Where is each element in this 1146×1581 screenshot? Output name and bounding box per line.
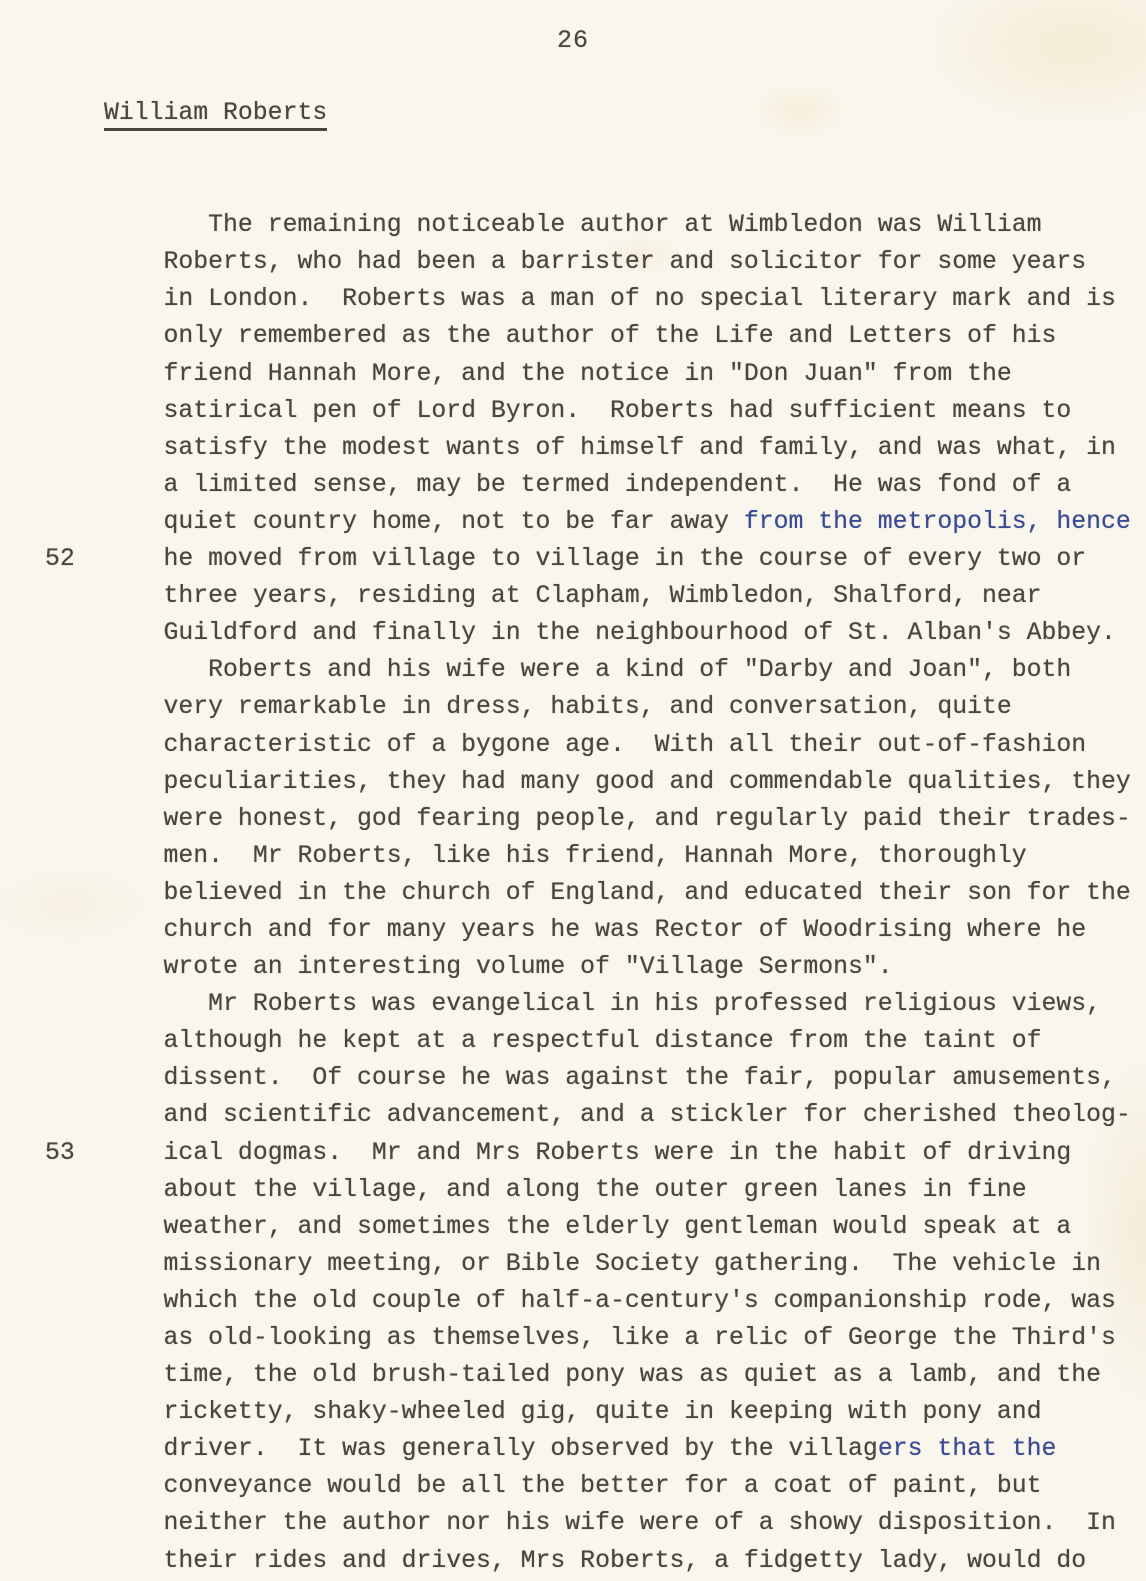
document-page: 26 William Roberts The remaining noticea… xyxy=(0,0,1146,1581)
margin-paragraph-number: 53 xyxy=(45,1135,75,1172)
text-line: their rides and drives, Mrs Roberts, a f… xyxy=(0,1468,1146,1505)
text-line: about the village, and along the outer g… xyxy=(0,1097,1146,1134)
text-line: ricketty, shaky-wheeled gig, quite in ke… xyxy=(0,1320,1146,1357)
line-text: their rides and drives, Mrs Roberts, a f… xyxy=(164,1547,1087,1575)
text-line: friend Hannah More, and the notice in "D… xyxy=(0,281,1146,318)
text-line: a limited sense, may be termed independe… xyxy=(0,393,1146,430)
text-line: were honest, god fearing people, and reg… xyxy=(0,727,1146,764)
text-line: characteristic of a bygone age. With all… xyxy=(0,652,1146,689)
text-line: time, the old brush-tailed pony was as q… xyxy=(0,1283,1146,1320)
text-line: three years, residing at Clapham, Wimble… xyxy=(0,504,1146,541)
text-line: although he kept at a respectful distanc… xyxy=(0,949,1146,986)
text-line: which the old couple of half-a-century's… xyxy=(0,1209,1146,1246)
text-line: wrote an interesting volume of "Village … xyxy=(0,875,1146,912)
margin-paragraph-number: 52 xyxy=(45,541,75,578)
text-line: only remembered as the author of the Lif… xyxy=(0,244,1146,281)
text-line: as old-looking as themselves, like a rel… xyxy=(0,1246,1146,1283)
text-line: driver. It was generally observed by the… xyxy=(0,1357,1146,1394)
text-line: satisfy the modest wants of himself and … xyxy=(0,356,1146,393)
section-heading: William Roberts xyxy=(104,99,327,131)
text-line: very remarkable in dress, habits, and co… xyxy=(0,615,1146,652)
text-line: ical dogmas. Mr and Mrs Roberts were in … xyxy=(0,1060,1146,1097)
text-line: in London. Roberts was a man of no speci… xyxy=(0,207,1146,244)
text-line: conveyance would be all the better for a… xyxy=(0,1394,1146,1431)
text-line: he moved from village to village in the … xyxy=(0,467,1146,504)
text-line: 53 weather, and sometimes the elderly ge… xyxy=(0,1135,1146,1172)
text-line: peculiarities, they had many good and co… xyxy=(0,689,1146,726)
text-line: church and for many years he was Rector … xyxy=(0,838,1146,875)
text-line: Mr Roberts was evangelical in his profes… xyxy=(0,912,1146,949)
text-line: believed in the church of England, and e… xyxy=(0,801,1146,838)
text-line: neither the author nor his wife were of … xyxy=(0,1431,1146,1468)
line-text: neither the author nor his wife were of … xyxy=(164,1509,1116,1537)
text-line: dissent. Of course he was against the fa… xyxy=(0,986,1146,1023)
text-line: men. Mr Roberts, like his friend, Hannah… xyxy=(0,764,1146,801)
text-line: satirical pen of Lord Byron. Roberts had… xyxy=(0,318,1146,355)
text-line: quiet country home, not to be far away f… xyxy=(0,430,1146,467)
typed-text: neither the author nor his wife were of … xyxy=(164,1509,1116,1537)
text-line: 52 Guildford and finally in the neighbou… xyxy=(0,541,1146,578)
text-line: Roberts and his wife were a kind of "Dar… xyxy=(0,578,1146,615)
body-text: The remaining noticeable author at Wimbl… xyxy=(0,133,1146,1505)
text-line: and scientific advancement, and a stickl… xyxy=(0,1023,1146,1060)
typed-text: their rides and drives, Mrs Roberts, a f… xyxy=(164,1547,1087,1575)
text-line: Roberts, who had been a barrister and so… xyxy=(0,170,1146,207)
page-number: 26 xyxy=(0,26,1146,55)
text-line: missionary meeting, or Bible Society gat… xyxy=(0,1172,1146,1209)
text-line: The remaining noticeable author at Wimbl… xyxy=(0,133,1146,170)
